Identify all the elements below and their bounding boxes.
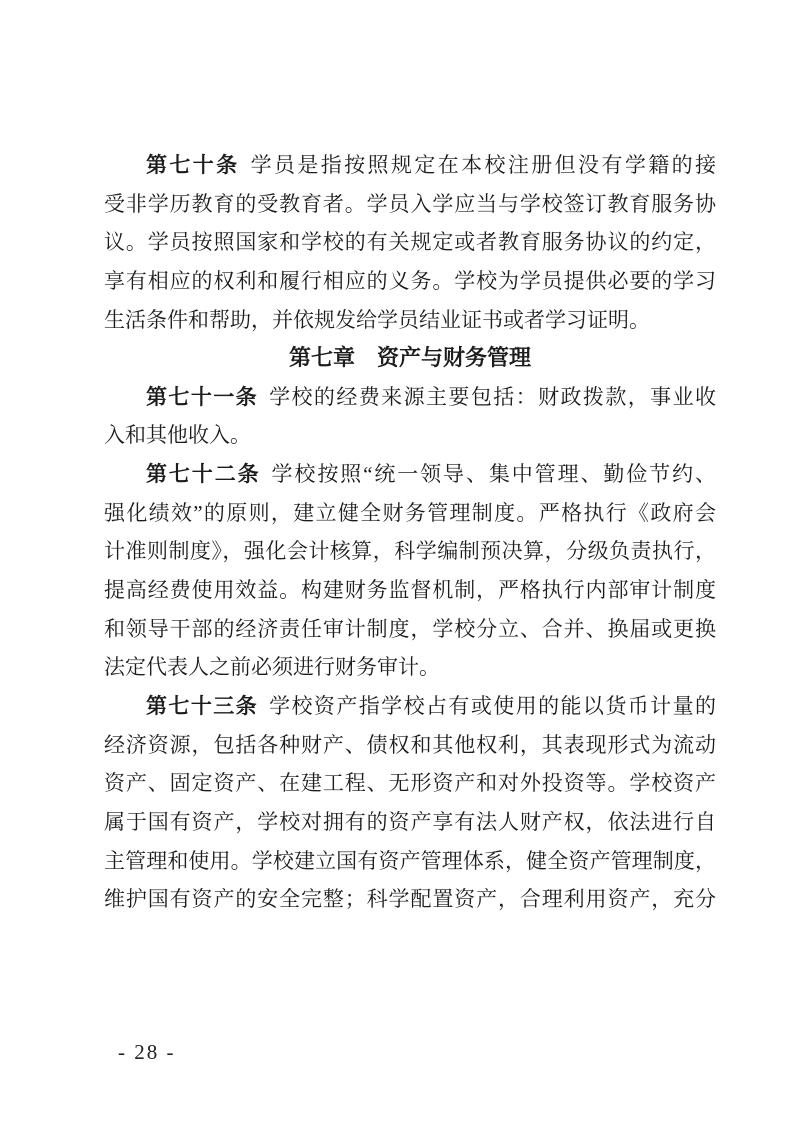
text-line: 法定代表人之前必须进行财务审计。 (104, 648, 716, 687)
text-line: 强化绩效”的原则，建立健全财务管理制度。严格执行《政府会 (104, 494, 716, 533)
text-segment: 学员是指按照规定在本校注册但没有学籍的接 (251, 153, 716, 177)
text-line: 提高经费使用效益。构建财务监督机制，严格执行内部审计制度 (104, 571, 716, 610)
text-line: 受非学历教育的受教育者。学员入学应当与学校签订教育服务协 (104, 185, 716, 224)
text-line: 第七十二条学校按照“统一领导、集中管理、勤俭节约、 (104, 455, 716, 494)
text-segment: 学校资产指学校占有或使用的能以货币计量的 (269, 694, 716, 718)
text-segment: 学校按照“统一领导、集中管理、勤俭节约、 (272, 462, 716, 486)
article-71-number: 第七十一条 (146, 386, 258, 409)
text-line: 主管理和使用。学校建立国有资产管理体系，健全资产管理制度， (104, 842, 716, 881)
text-line: 享有相应的权利和履行相应的义务。学校为学员提供必要的学习 (104, 262, 716, 301)
text-line: 入和其他收入。 (104, 416, 716, 455)
text-segment: 学校的经费来源主要包括：财政拨款，事业收 (269, 385, 716, 409)
text-line: 和领导干部的经济责任审计制度，学校分立、合并、换届或更换 (104, 610, 716, 649)
text-line: 属于国有资产，学校对拥有的资产享有法人财产权，依法进行自 (104, 803, 716, 842)
article-72: 第七十二条学校按照“统一领导、集中管理、勤俭节约、 强化绩效”的原则，建立健全财… (104, 455, 716, 687)
article-70-number: 第七十条 (146, 154, 240, 177)
text-line: 第七十三条学校资产指学校占有或使用的能以货币计量的 (104, 687, 716, 726)
document-body: 第七十条学员是指按照规定在本校注册但没有学籍的接 受非学历教育的受教育者。学员入… (104, 146, 716, 919)
article-71: 第七十一条学校的经费来源主要包括：财政拨款，事业收 入和其他收入。 (104, 378, 716, 455)
article-73: 第七十三条学校资产指学校占有或使用的能以货币计量的 经济资源，包括各种财产、债权… (104, 687, 716, 919)
article-70: 第七十条学员是指按照规定在本校注册但没有学籍的接 受非学历教育的受教育者。学员入… (104, 146, 716, 339)
document-page: 第七十条学员是指按照规定在本校注册但没有学籍的接 受非学历教育的受教育者。学员入… (0, 0, 793, 1122)
text-line: 资产、固定资产、在建工程、无形资产和对外投资等。学校资产 (104, 764, 716, 803)
text-line: 生活条件和帮助，并依规发给学员结业证书或者学习证明。 (104, 301, 716, 340)
article-73-number: 第七十三条 (146, 695, 258, 718)
text-line: 维护国有资产的安全完整；科学配置资产，合理利用资产，充分 (104, 880, 716, 919)
text-line: 第七十条学员是指按照规定在本校注册但没有学籍的接 (104, 146, 716, 185)
text-line: 经济资源，包括各种财产、债权和其他权利，其表现形式为流动 (104, 726, 716, 765)
text-line: 议。学员按照国家和学校的有关规定或者教育服务协议的约定， (104, 223, 716, 262)
article-72-number: 第七十二条 (146, 463, 261, 486)
page-number: - 28 - (118, 1040, 176, 1065)
text-line: 计准则制度》，强化会计核算，科学编制预决算，分级负责执行， (104, 532, 716, 571)
chapter-heading: 第七章 资产与财务管理 (104, 339, 716, 378)
text-line: 第七十一条学校的经费来源主要包括：财政拨款，事业收 (104, 378, 716, 417)
